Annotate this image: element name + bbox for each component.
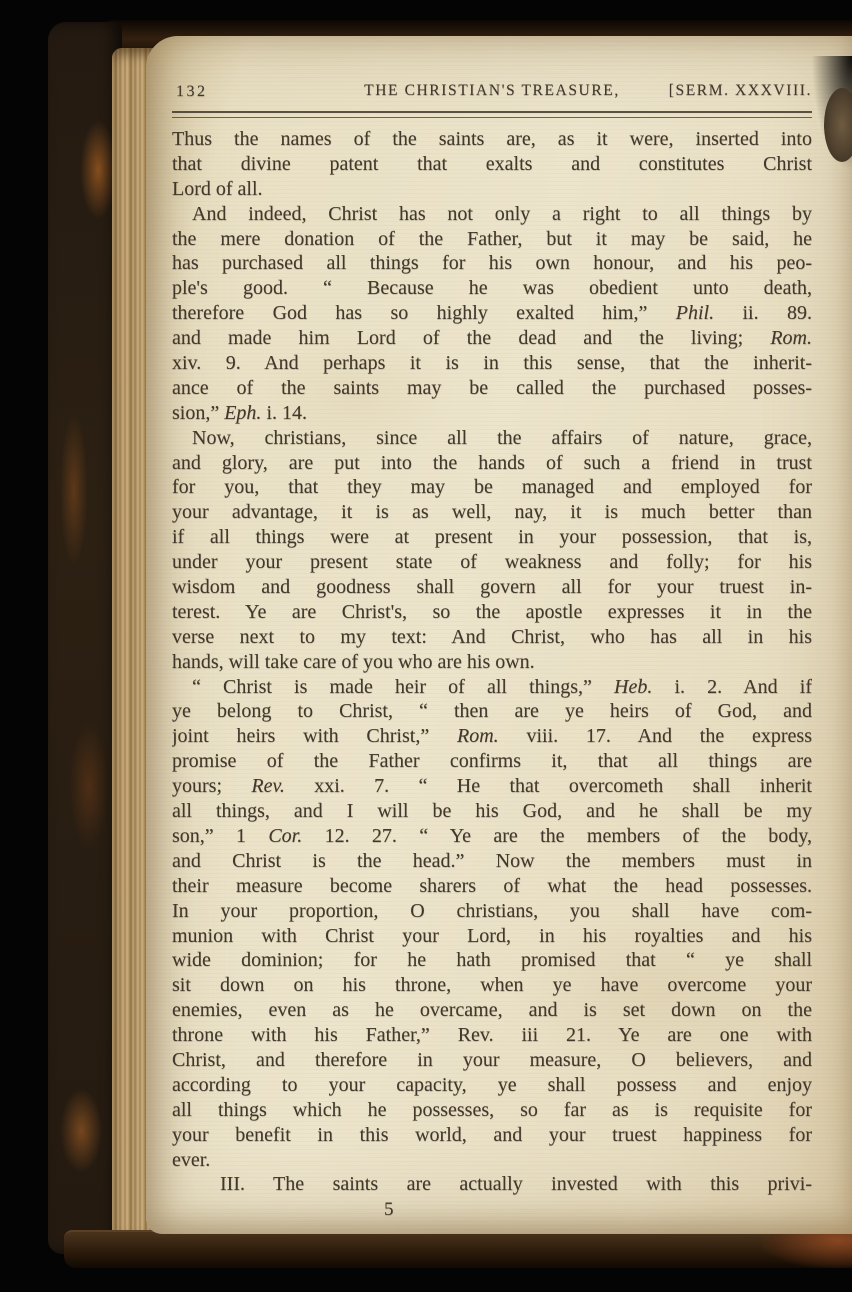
text-segment: 12. 27. “ Ye are the members of the body… <box>302 825 812 847</box>
text-segment: “ Christ is made heir of all things,” <box>192 676 614 698</box>
text-line: son,” 1 Cor. 12. 27. “ Ye are the member… <box>172 824 812 849</box>
text-segment: wisdom and goodness shall govern all for… <box>172 576 812 598</box>
text-segment: III. The saints are actually invested wi… <box>220 1173 812 1195</box>
text-segment: promise of the Father confirms it, that … <box>172 750 812 772</box>
text-segment: ance of the saints may be called the pur… <box>172 377 812 399</box>
text-segment: ye belong to Christ, “ then are ye heirs… <box>172 700 812 722</box>
text-segment: the mere donation of the Father, but it … <box>172 228 812 250</box>
text-line: promise of the Father confirms it, that … <box>172 749 812 774</box>
text-line: under your present state of weakness and… <box>172 550 812 575</box>
signature-mark: 5 <box>384 1198 408 1222</box>
text-line: Lord of all. <box>172 177 812 202</box>
text-segment: wide dominion; for he hath promised that… <box>172 949 812 971</box>
text-line: if all things were at present in your po… <box>172 525 812 550</box>
photo-background: 132 THE CHRISTIAN'S TREASURE, [SERM. XXX… <box>0 0 852 1292</box>
text-line: and Christ is the head.” Now the members… <box>172 849 812 874</box>
text-segment: their measure become sharers of what the… <box>172 875 812 897</box>
text-segment: and Christ is the head.” Now the members… <box>172 850 812 872</box>
text-segment: joint heirs with Christ,” <box>172 725 457 747</box>
text-line: for you, that they may be managed and em… <box>172 475 812 500</box>
text-segment: enemies, even as he overcame, and is set… <box>172 999 812 1021</box>
text-segment: i. 14. <box>261 402 307 424</box>
text-line: sion,” Eph. i. 14. <box>172 401 812 426</box>
text-line: sit down on his throne, when ye have ove… <box>172 973 812 998</box>
scripture-reference: Cor. <box>268 825 302 847</box>
body-lines: Thus the names of the saints are, as it … <box>172 127 812 1197</box>
text-line: wisdom and goodness shall govern all for… <box>172 575 812 600</box>
page-edge-blob <box>824 88 852 162</box>
page-header: 132 THE CHRISTIAN'S TREASURE, [SERM. XXX… <box>172 82 812 104</box>
text-line: ple's good. “ Because he was obedient un… <box>172 276 812 301</box>
text-segment: therefore God has so highly exalted him,… <box>172 302 676 324</box>
text-line: throne with his Father,” Rev. iii 21. Ye… <box>172 1023 812 1048</box>
text-line: their measure become sharers of what the… <box>172 874 812 899</box>
text-line: yours; Rev. xxi. 7. “ He that overcometh… <box>172 774 812 799</box>
text-segment: sion,” <box>172 402 224 424</box>
section-label: [SERM. XXXVIII. <box>669 82 812 100</box>
header-rule <box>172 111 812 118</box>
text-line: enemies, even as he overcame, and is set… <box>172 998 812 1023</box>
text-segment: xiv. 9. And perhaps it is in this sense,… <box>172 352 812 374</box>
text-segment: if all things were at present in your po… <box>172 526 812 548</box>
text-segment: yours; <box>172 775 251 797</box>
text-line: And indeed, Christ has not only a right … <box>172 202 812 227</box>
text-line: therefore God has so highly exalted him,… <box>172 301 812 326</box>
text-block: 132 THE CHRISTIAN'S TREASURE, [SERM. XXX… <box>172 36 812 1222</box>
text-line: ever. <box>172 1148 812 1173</box>
text-segment: has purchased all things for his own hon… <box>172 252 812 274</box>
text-line: terest. Ye are Christ's, so the apostle … <box>172 600 812 625</box>
text-segment: sit down on his throne, when ye have ove… <box>172 974 812 996</box>
text-line: that divine patent that exalts and const… <box>172 152 812 177</box>
text-segment: hands, will take care of you who are his… <box>172 651 535 673</box>
text-line: hands, will take care of you who are his… <box>172 650 812 675</box>
page-number: 132 <box>176 83 208 101</box>
text-segment: And indeed, Christ has not only a right … <box>192 203 812 225</box>
text-segment: under your present state of weakness and… <box>172 551 812 573</box>
text-line: all things, and I will be his God, and h… <box>172 799 812 824</box>
text-segment: In your proportion, O christians, you sh… <box>172 900 812 922</box>
text-segment: i. 2. And if <box>652 676 812 698</box>
text-line: your advantage, it is as well, nay, it i… <box>172 500 812 525</box>
scripture-reference: Rom. <box>457 725 499 747</box>
text-line: the mere donation of the Father, but it … <box>172 227 812 252</box>
text-line: joint heirs with Christ,” Rom. viii. 17.… <box>172 724 812 749</box>
text-segment: Thus the names of the saints are, as it … <box>172 128 812 150</box>
text-segment: Now, christians, since all the affairs o… <box>192 427 812 449</box>
scripture-reference: Rev. <box>251 775 285 797</box>
text-segment: for you, that they may be managed and em… <box>172 476 812 498</box>
text-line: xiv. 9. And perhaps it is in this sense,… <box>172 351 812 376</box>
text-segment: son,” 1 <box>172 825 268 847</box>
book-cover-bottom-edge <box>64 1230 852 1268</box>
text-segment: all things, and I will be his God, and h… <box>172 800 812 822</box>
text-line: verse next to my text: And Christ, who h… <box>172 625 812 650</box>
text-segment: throne with his Father,” Rev. iii 21. Ye… <box>172 1024 812 1046</box>
text-segment: and glory, are put into the hands of suc… <box>172 452 812 474</box>
text-line: Christ, and therefore in your measure, O… <box>172 1048 812 1073</box>
text-segment: according to your capacity, ye shall pos… <box>172 1074 812 1096</box>
text-segment: Christ, and therefore in your measure, O… <box>172 1049 812 1071</box>
text-line: ance of the saints may be called the pur… <box>172 376 812 401</box>
text-line: ye belong to Christ, “ then are ye heirs… <box>172 699 812 724</box>
text-segment: viii. 17. And the express <box>499 725 812 747</box>
text-segment: and made him Lord of the dead and the li… <box>172 327 770 349</box>
book-cover-spine <box>48 22 122 1254</box>
text-line: and glory, are put into the hands of suc… <box>172 451 812 476</box>
text-segment: terest. Ye are Christ's, so the apostle … <box>172 601 812 623</box>
scripture-reference: Eph. <box>224 402 261 424</box>
text-segment: ii. 89. <box>714 302 812 324</box>
text-line: your benefit in this world, and your tru… <box>172 1123 812 1148</box>
text-line: all things which he possesses, so far as… <box>172 1098 812 1123</box>
text-segment: all things which he possesses, so far as… <box>172 1099 812 1121</box>
book-page: 132 THE CHRISTIAN'S TREASURE, [SERM. XXX… <box>146 36 852 1234</box>
scripture-reference: Rom. <box>770 327 812 349</box>
text-segment: ple's good. “ Because he was obedient un… <box>172 277 812 299</box>
text-segment: munion with Christ your Lord, in his roy… <box>172 925 812 947</box>
text-segment: verse next to my text: And Christ, who h… <box>172 626 812 648</box>
text-line: III. The saints are actually invested wi… <box>172 1172 812 1197</box>
text-line: according to your capacity, ye shall pos… <box>172 1073 812 1098</box>
text-segment: ever. <box>172 1149 210 1171</box>
text-segment: that divine patent that exalts and const… <box>172 153 812 175</box>
scripture-reference: Heb. <box>614 676 652 698</box>
text-line: wide dominion; for he hath promised that… <box>172 948 812 973</box>
text-line: “ Christ is made heir of all things,” He… <box>172 675 812 700</box>
text-segment: your benefit in this world, and your tru… <box>172 1124 812 1146</box>
text-segment: Lord of all. <box>172 178 263 200</box>
text-line: In your proportion, O christians, you sh… <box>172 899 812 924</box>
text-line: Now, christians, since all the affairs o… <box>172 426 812 451</box>
text-line: and made him Lord of the dead and the li… <box>172 326 812 351</box>
text-line: munion with Christ your Lord, in his roy… <box>172 924 812 949</box>
scripture-reference: Phil. <box>676 302 714 324</box>
text-segment: your advantage, it is as well, nay, it i… <box>172 501 812 523</box>
text-line: Thus the names of the saints are, as it … <box>172 127 812 152</box>
text-line: has purchased all things for his own hon… <box>172 251 812 276</box>
text-segment: xxi. 7. “ He that overcometh shall inher… <box>285 775 812 797</box>
